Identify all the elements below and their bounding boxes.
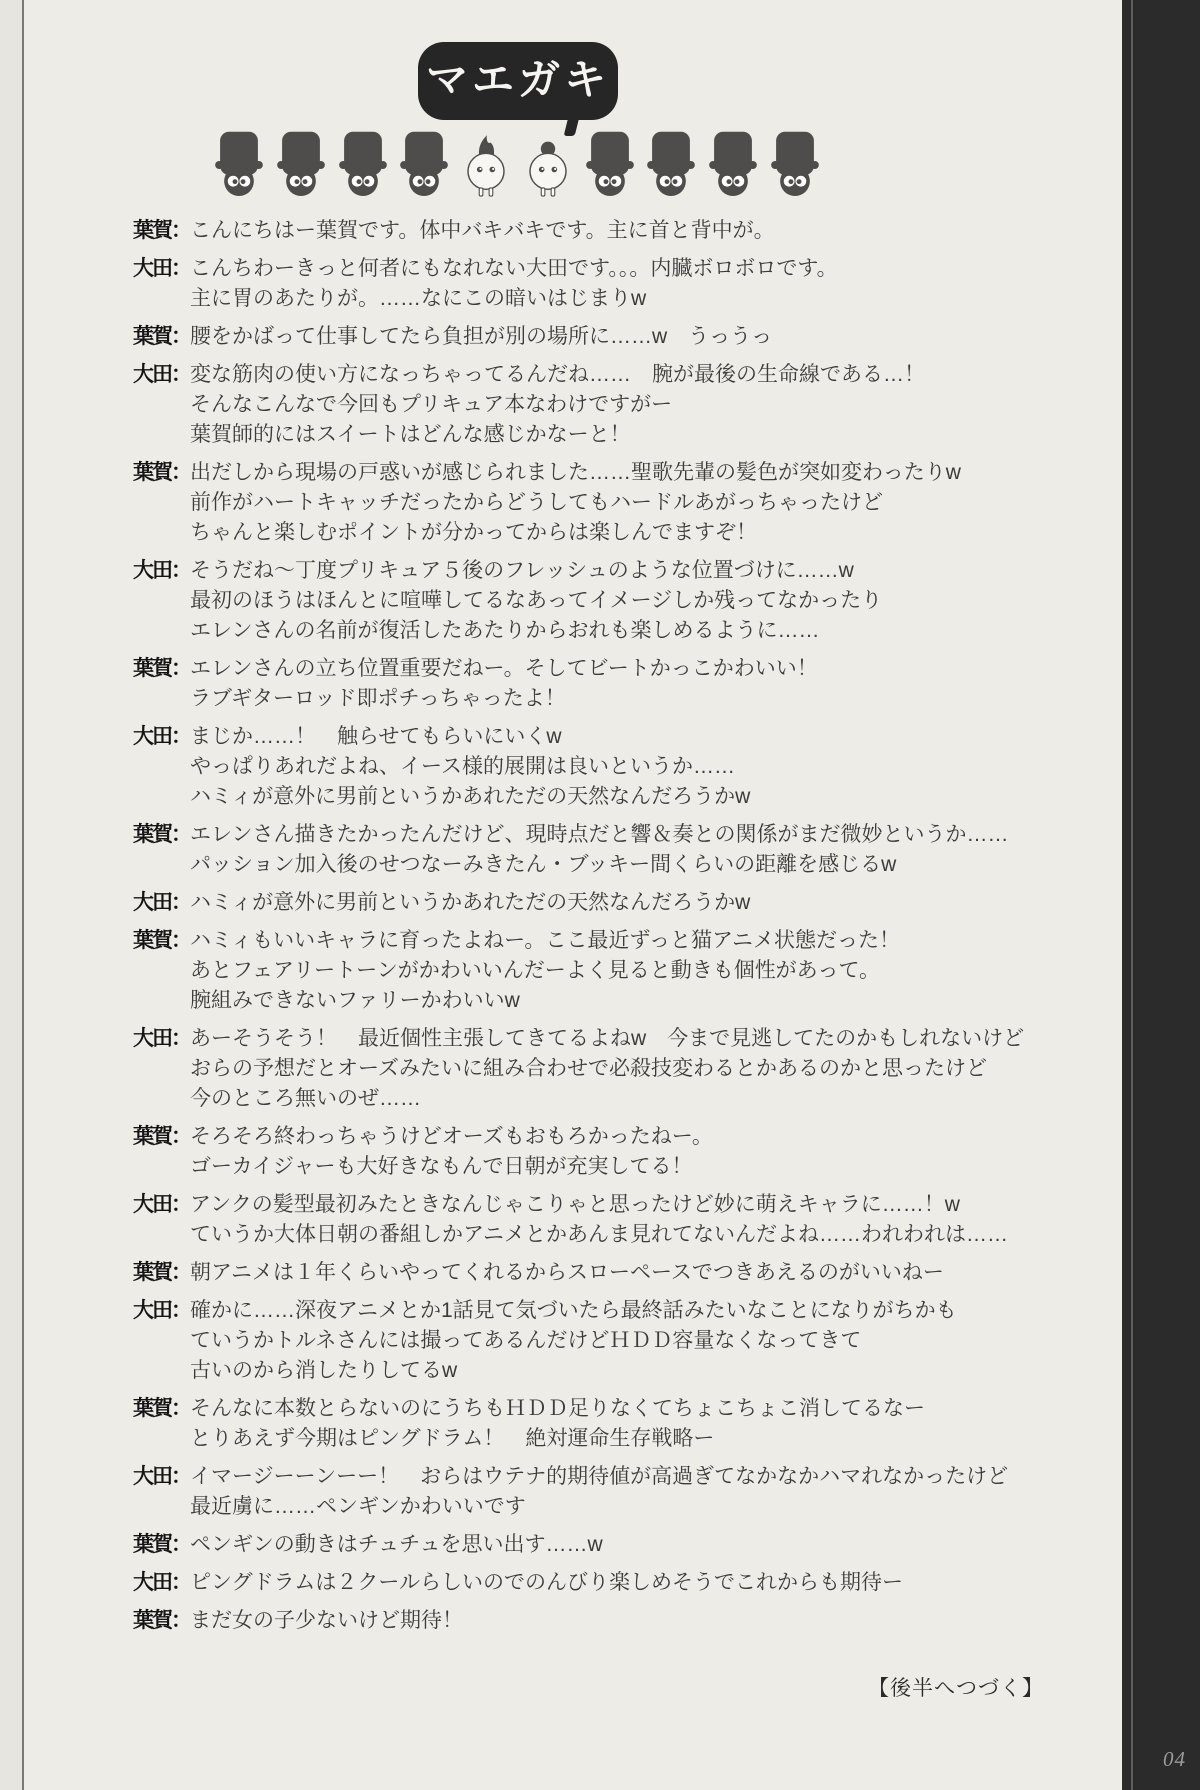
dialogue-entry: 大田：あーそうそう！ 最近個性主張してきてるよねw 今まで見逃してたのかもしれな… xyxy=(133,1024,1133,1114)
dialogue-line: イマージーーンーー！ おらはウテナ的期待値が高過ぎてなかなかハマれなかったけど xyxy=(190,1462,1133,1492)
speaker-label: 大田： xyxy=(133,1024,190,1114)
dialogue-line: こんにちはー葉賀です。体中バキバキです。主に首と背中が。 xyxy=(190,216,1133,246)
dialogue-entry: 葉賀：朝アニメは１年くらいやってくれるからスローペースでつきあえるのがいいねー xyxy=(133,1258,1133,1288)
maegaki-title-text: マエガキ xyxy=(426,59,610,101)
dialogue-line: そんなこんなで今回もプリキュア本なわけですがー xyxy=(190,390,1133,420)
dialogue-lines: ペンギンの動きはチュチュを思い出す……w xyxy=(190,1530,1133,1560)
dialogue-entry: 大田：そうだね～丁度プリキュア５後のフレッシュのような位置づけに……w最初のほう… xyxy=(133,556,1133,646)
dialogue-line: 腕組みできないファリーかわいいw xyxy=(190,986,1133,1016)
dialogue-line: エレンさんの名前が復活したあたりからおれも楽しめるように…… xyxy=(190,616,1133,646)
dialogue-line: あーそうそう！ 最近個性主張してきてるよねw 今まで見逃してたのかもしれないけど xyxy=(190,1024,1133,1054)
dialogue-line: 確かに……深夜アニメとか1話見て気づいたら最終話みたいなことになりがちかも xyxy=(190,1296,1133,1326)
dialogue-entry: 葉賀：エレンさん描きたかったんだけど、現時点だと響＆奏との関係がまだ微妙というか… xyxy=(133,820,1133,880)
dialogue-line: ハミィもいいキャラに育ったよねー。ここ最近ずっと猫アニメ状態だった！ xyxy=(190,926,1133,956)
dialogue-line: 葉賀師的にはスイートはどんな感じかなーと！ xyxy=(190,420,1133,450)
dark-helmet-mascot-icon xyxy=(336,128,390,202)
speaker-label: 葉賀： xyxy=(133,654,190,714)
dialogue-entry: 葉賀：ハミィもいいキャラに育ったよねー。ここ最近ずっと猫アニメ状態だった！あとフ… xyxy=(133,926,1133,1016)
dialogue-lines: あーそうそう！ 最近個性主張してきてるよねw 今まで見逃してたのかもしれないけど… xyxy=(190,1024,1133,1114)
dialogue-line: 腰をかばって仕事してたら負担が別の場所に……w うっうっ xyxy=(190,322,1133,352)
dialogue-lines: こんちわーきっと何者にもなれない大田です。。。内臓ボロボロです。主に胃のあたりが… xyxy=(190,254,1133,314)
dialogue-line: そんなに本数とらないのにうちもＨＤＤ足りなくてちょこちょこ消してるなー xyxy=(190,1394,1133,1424)
dialogue-entry: 葉賀：そんなに本数とらないのにうちもＨＤＤ足りなくてちょこちょこ消してるなーとり… xyxy=(133,1394,1133,1454)
scan-left-margin xyxy=(0,0,22,1790)
speaker-label: 大田： xyxy=(133,1296,190,1386)
dialogue-line: 古いのから消したりしてるw xyxy=(190,1356,1133,1386)
page-edge-line xyxy=(22,0,24,1790)
speaker-label: 葉賀： xyxy=(133,1530,190,1560)
page-edge-stripe xyxy=(1131,0,1133,1790)
speaker-label: 葉賀： xyxy=(133,322,190,352)
dialogue-line: そろそろ終わっちゃうけどオーズもおもろかったねー。 xyxy=(190,1122,1133,1152)
dialogue-line: まじか……！ 触らせてもらいにいくw xyxy=(190,722,1133,752)
dialogue-line: こんちわーきっと何者にもなれない大田です。。。内臓ボロボロです。 xyxy=(190,254,1133,284)
dialogue-line: 変な筋肉の使い方になっちゃってるんだね…… 腕が最後の生命線である…！ xyxy=(190,360,1133,390)
dialogue-line: 前作がハートキャッチだったからどうしてもハードルあがっちゃったけど xyxy=(190,488,1133,518)
dialogue-entry: 大田：まじか……！ 触らせてもらいにいくwやっぱりあれだよね、イース様的展開は良… xyxy=(133,722,1133,812)
dialogue-entry: 大田：確かに……深夜アニメとか1話見て気づいたら最終話みたいなことになりがちかも… xyxy=(133,1296,1133,1386)
speaker-label: 大田： xyxy=(133,1190,190,1250)
dialogue-line: 最近虜に……ペンギンかわいいです xyxy=(190,1492,1133,1522)
dark-helmet-mascot-icon xyxy=(583,128,637,202)
speaker-label: 葉賀： xyxy=(133,1606,190,1636)
dialogue-lines: ハミィもいいキャラに育ったよねー。ここ最近ずっと猫アニメ状態だった！あとフェアリ… xyxy=(190,926,1133,1016)
dialogue-entry: 葉賀：ペンギンの動きはチュチュを思い出す……w xyxy=(133,1530,1133,1560)
dialogue-line: ゴーカイジャーも大好きなもんで日朝が充実してる！ xyxy=(190,1152,1133,1182)
dark-helmet-mascot-icon xyxy=(274,128,328,202)
dialogue-line: まだ女の子少ないけど期待！ xyxy=(190,1606,1133,1636)
speaker-label: 大田： xyxy=(133,722,190,812)
dialogue-line: そうだね～丁度プリキュア５後のフレッシュのような位置づけに……w xyxy=(190,556,1133,586)
dialogue-lines: エレンさんの立ち位置重要だねー。そしてビートかっこかわいい！ラブギターロッド即ポ… xyxy=(190,654,1133,714)
dialogue-line: とりあえず今期はピングドラム！ 絶対運命生存戦略ー xyxy=(190,1424,1133,1454)
maegaki-title-logo: マエガキ xyxy=(418,42,618,120)
speaker-label: 葉賀： xyxy=(133,458,190,548)
dialogue-lines: 出だしから現場の戸惑いが感じられました……聖歌先輩の髪色が突如変わったりw前作が… xyxy=(190,458,1133,548)
speaker-label: 葉賀： xyxy=(133,216,190,246)
dialogue-lines: 朝アニメは１年くらいやってくれるからスローペースでつきあえるのがいいねー xyxy=(190,1258,1133,1288)
speaker-label: 葉賀： xyxy=(133,1394,190,1454)
dark-helmet-mascot-icon xyxy=(212,128,266,202)
dialogue-entry: 葉賀：そろそろ終わっちゃうけどオーズもおもろかったねー。ゴーカイジャーも大好きな… xyxy=(133,1122,1133,1182)
page-number: 04 xyxy=(1163,1747,1186,1772)
dialogue-line: エレンさん描きたかったんだけど、現時点だと響＆奏との関係がまだ微妙というか…… xyxy=(190,820,1133,850)
dialogue-lines: そろそろ終わっちゃうけどオーズもおもろかったねー。ゴーカイジャーも大好きなもんで… xyxy=(190,1122,1133,1182)
dialogue-lines: こんにちはー葉賀です。体中バキバキです。主に首と背中が。 xyxy=(190,216,1133,246)
dialogue-lines: 変な筋肉の使い方になっちゃってるんだね…… 腕が最後の生命線である…！そんなこん… xyxy=(190,360,1133,450)
dark-helmet-mascot-icon xyxy=(768,128,822,202)
dialogue-lines: そんなに本数とらないのにうちもＨＤＤ足りなくてちょこちょこ消してるなーとりあえず… xyxy=(190,1394,1133,1454)
dialogue-line: おらの予想だとオーズみたいに組み合わせで必殺技変わるとかあるのかと思ったけど xyxy=(190,1054,1133,1084)
page-edge-band: 04 xyxy=(1122,0,1200,1790)
dialogue-line: あとフェアリートーンがかわいいんだーよく見ると動きも個性があって。 xyxy=(190,956,1133,986)
doujinshi-preface-page: マエガキ xyxy=(0,0,1200,1790)
to-be-continued-note: 【後半へつづく】 xyxy=(868,1672,1044,1702)
dialogue-lines: 確かに……深夜アニメとか1話見て気づいたら最終話みたいなことになりがちかもていう… xyxy=(190,1296,1133,1386)
dialogue-line: 主に胃のあたりが。……なにこの暗いはじまりw xyxy=(190,284,1133,314)
dialogue-line: アンクの髪型最初みたときなんじゃこりゃと思ったけど妙に萌えキャラに……！w xyxy=(190,1190,1133,1220)
dialogue-line: ていうかトルネさんには撮ってあるんだけどＨＤＤ容量なくなってきて xyxy=(190,1326,1133,1356)
dialogue-line: ラブギターロッド即ポチっちゃったよ！ xyxy=(190,684,1133,714)
speaker-label: 大田： xyxy=(133,254,190,314)
speaker-label: 大田： xyxy=(133,888,190,918)
dialogue-lines: イマージーーンーー！ おらはウテナ的期待値が高過ぎてなかなかハマれなかったけど最… xyxy=(190,1462,1133,1522)
dark-helmet-mascot-icon xyxy=(397,128,451,202)
dialogue-lines: ピングドラムは２クールらしいのでのんびり楽しめそうでこれからも期待ー xyxy=(190,1568,1133,1598)
speaker-label: 葉賀： xyxy=(133,926,190,1016)
speaker-label: 大田： xyxy=(133,556,190,646)
dialogue-line: パッション加入後のせつなーみきたん・ブッキー間くらいの距離を感じるw xyxy=(190,850,1133,880)
dialogue-line: 出だしから現場の戸惑いが感じられました……聖歌先輩の髪色が突如変わったりw xyxy=(190,458,1133,488)
speaker-label: 葉賀： xyxy=(133,820,190,880)
dialogue-entry: 葉賀：まだ女の子少ないけど期待！ xyxy=(133,1606,1133,1636)
dialogue-line: ピングドラムは２クールらしいのでのんびり楽しめそうでこれからも期待ー xyxy=(190,1568,1133,1598)
dialogue-line: 朝アニメは１年くらいやってくれるからスローペースでつきあえるのがいいねー xyxy=(190,1258,1133,1288)
dialogue-line: 今のところ無いのぜ…… xyxy=(190,1084,1133,1114)
dialogue-entry: 大田：イマージーーンーー！ おらはウテナ的期待値が高過ぎてなかなかハマれなかった… xyxy=(133,1462,1133,1522)
dialogue-entry: 葉賀：腰をかばって仕事してたら負担が別の場所に……w うっうっ xyxy=(133,322,1133,352)
dialogue-entry: 葉賀：エレンさんの立ち位置重要だねー。そしてビートかっこかわいい！ラブギターロッ… xyxy=(133,654,1133,714)
dialogue-lines: 腰をかばって仕事してたら負担が別の場所に……w うっうっ xyxy=(190,322,1133,352)
dialogue-lines: まだ女の子少ないけど期待！ xyxy=(190,1606,1133,1636)
speaker-label: 大田： xyxy=(133,1568,190,1598)
dialogue-line: エレンさんの立ち位置重要だねー。そしてビートかっこかわいい！ xyxy=(190,654,1133,684)
dialogue-lines: エレンさん描きたかったんだけど、現時点だと響＆奏との関係がまだ微妙というか……パ… xyxy=(190,820,1133,880)
speaker-label: 大田： xyxy=(133,360,190,450)
dialogue-lines: まじか……！ 触らせてもらいにいくwやっぱりあれだよね、イース様的展開は良いとい… xyxy=(190,722,1133,812)
dialogue-entry: 大田：ピングドラムは２クールらしいのでのんびり楽しめそうでこれからも期待ー xyxy=(133,1568,1133,1598)
dark-helmet-mascot-icon xyxy=(644,128,698,202)
dialogue-entry: 大田：変な筋肉の使い方になっちゃってるんだね…… 腕が最後の生命線である…！そん… xyxy=(133,360,1133,450)
dialogue-list: 葉賀：こんにちはー葉賀です。体中バキバキです。主に首と背中が。大田：こんちわーき… xyxy=(133,216,1133,1644)
chibi-spiky-hair-mascot-icon xyxy=(459,128,513,202)
dialogue-lines: そうだね～丁度プリキュア５後のフレッシュのような位置づけに……w最初のほうはほん… xyxy=(190,556,1133,646)
dialogue-line: 最初のほうはほんとに喧嘩してるなあってイメージしか残ってなかったり xyxy=(190,586,1133,616)
dialogue-line: ていうか大体日朝の番組しかアニメとかあんま見れてないんだよね……われわれは…… xyxy=(190,1220,1133,1250)
dialogue-lines: アンクの髪型最初みたときなんじゃこりゃと思ったけど妙に萌えキャラに……！wていう… xyxy=(190,1190,1133,1250)
chibi-topknot-mascot-icon xyxy=(521,128,575,202)
dialogue-line: ハミィが意外に男前というかあれただの天然なんだろうかw xyxy=(190,782,1133,812)
mascot-icon-row xyxy=(212,124,822,202)
dialogue-entry: 葉賀：こんにちはー葉賀です。体中バキバキです。主に首と背中が。 xyxy=(133,216,1133,246)
dialogue-line: ペンギンの動きはチュチュを思い出す……w xyxy=(190,1530,1133,1560)
dark-helmet-mascot-icon xyxy=(706,128,760,202)
dialogue-line: ちゃんと楽しむポイントが分かってからは楽しんでますぞ！ xyxy=(190,518,1133,548)
speaker-label: 葉賀： xyxy=(133,1122,190,1182)
dialogue-line: やっぱりあれだよね、イース様的展開は良いというか…… xyxy=(190,752,1133,782)
dialogue-entry: 大田：こんちわーきっと何者にもなれない大田です。。。内臓ボロボロです。主に胃のあ… xyxy=(133,254,1133,314)
dialogue-line: ハミィが意外に男前というかあれただの天然なんだろうかw xyxy=(190,888,1133,918)
dialogue-lines: ハミィが意外に男前というかあれただの天然なんだろうかw xyxy=(190,888,1133,918)
speaker-label: 大田： xyxy=(133,1462,190,1522)
dialogue-entry: 葉賀：出だしから現場の戸惑いが感じられました……聖歌先輩の髪色が突如変わったりw… xyxy=(133,458,1133,548)
dialogue-entry: 大田：アンクの髪型最初みたときなんじゃこりゃと思ったけど妙に萌えキャラに……！w… xyxy=(133,1190,1133,1250)
dialogue-entry: 大田：ハミィが意外に男前というかあれただの天然なんだろうかw xyxy=(133,888,1133,918)
speaker-label: 葉賀： xyxy=(133,1258,190,1288)
